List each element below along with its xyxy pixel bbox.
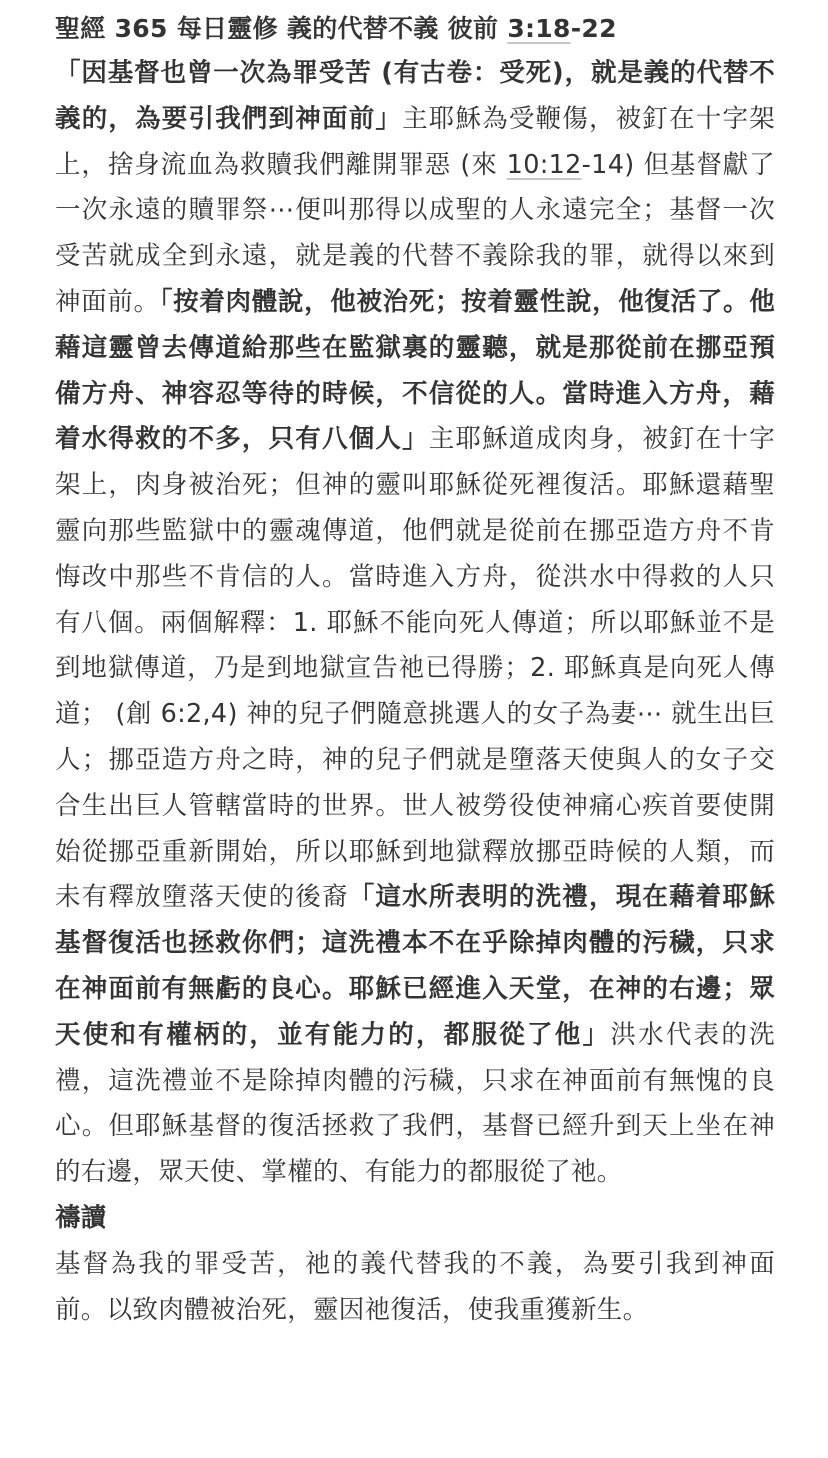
prayer-text: 基督為我的罪受苦，祂的義代替我的不義，為要引我到神面前。以致肉體被治死，靈因祂復… bbox=[55, 1242, 775, 1334]
commentary-3: 主耶穌道成肉身，被釘在十字架上，肉身被治死；但神的靈叫耶穌從死裡復活。耶穌還藉聖… bbox=[55, 424, 775, 912]
scripture-link-heb-10-12[interactable]: 10:12 bbox=[507, 150, 582, 180]
scripture-link-1pet-3-18[interactable]: 3:18 bbox=[507, 14, 570, 43]
title-suffix: -22 bbox=[571, 14, 617, 43]
prayer-heading: 禱讀 bbox=[55, 1196, 775, 1242]
devotional-document: 聖經 365 每日靈修 義的代替不義 彼前 3:18-22 「因基督也曾一次為罪… bbox=[0, 0, 775, 1333]
page-title: 聖經 365 每日靈修 義的代替不義 彼前 3:18-22 bbox=[55, 6, 775, 51]
title-text: 聖經 365 每日靈修 義的代替不義 彼前 bbox=[55, 14, 507, 43]
body-paragraph: 「因基督也曾一次為罪受苦 (有古卷：受死)，就是義的代替不義的，為要引我們到神面… bbox=[55, 51, 775, 1196]
